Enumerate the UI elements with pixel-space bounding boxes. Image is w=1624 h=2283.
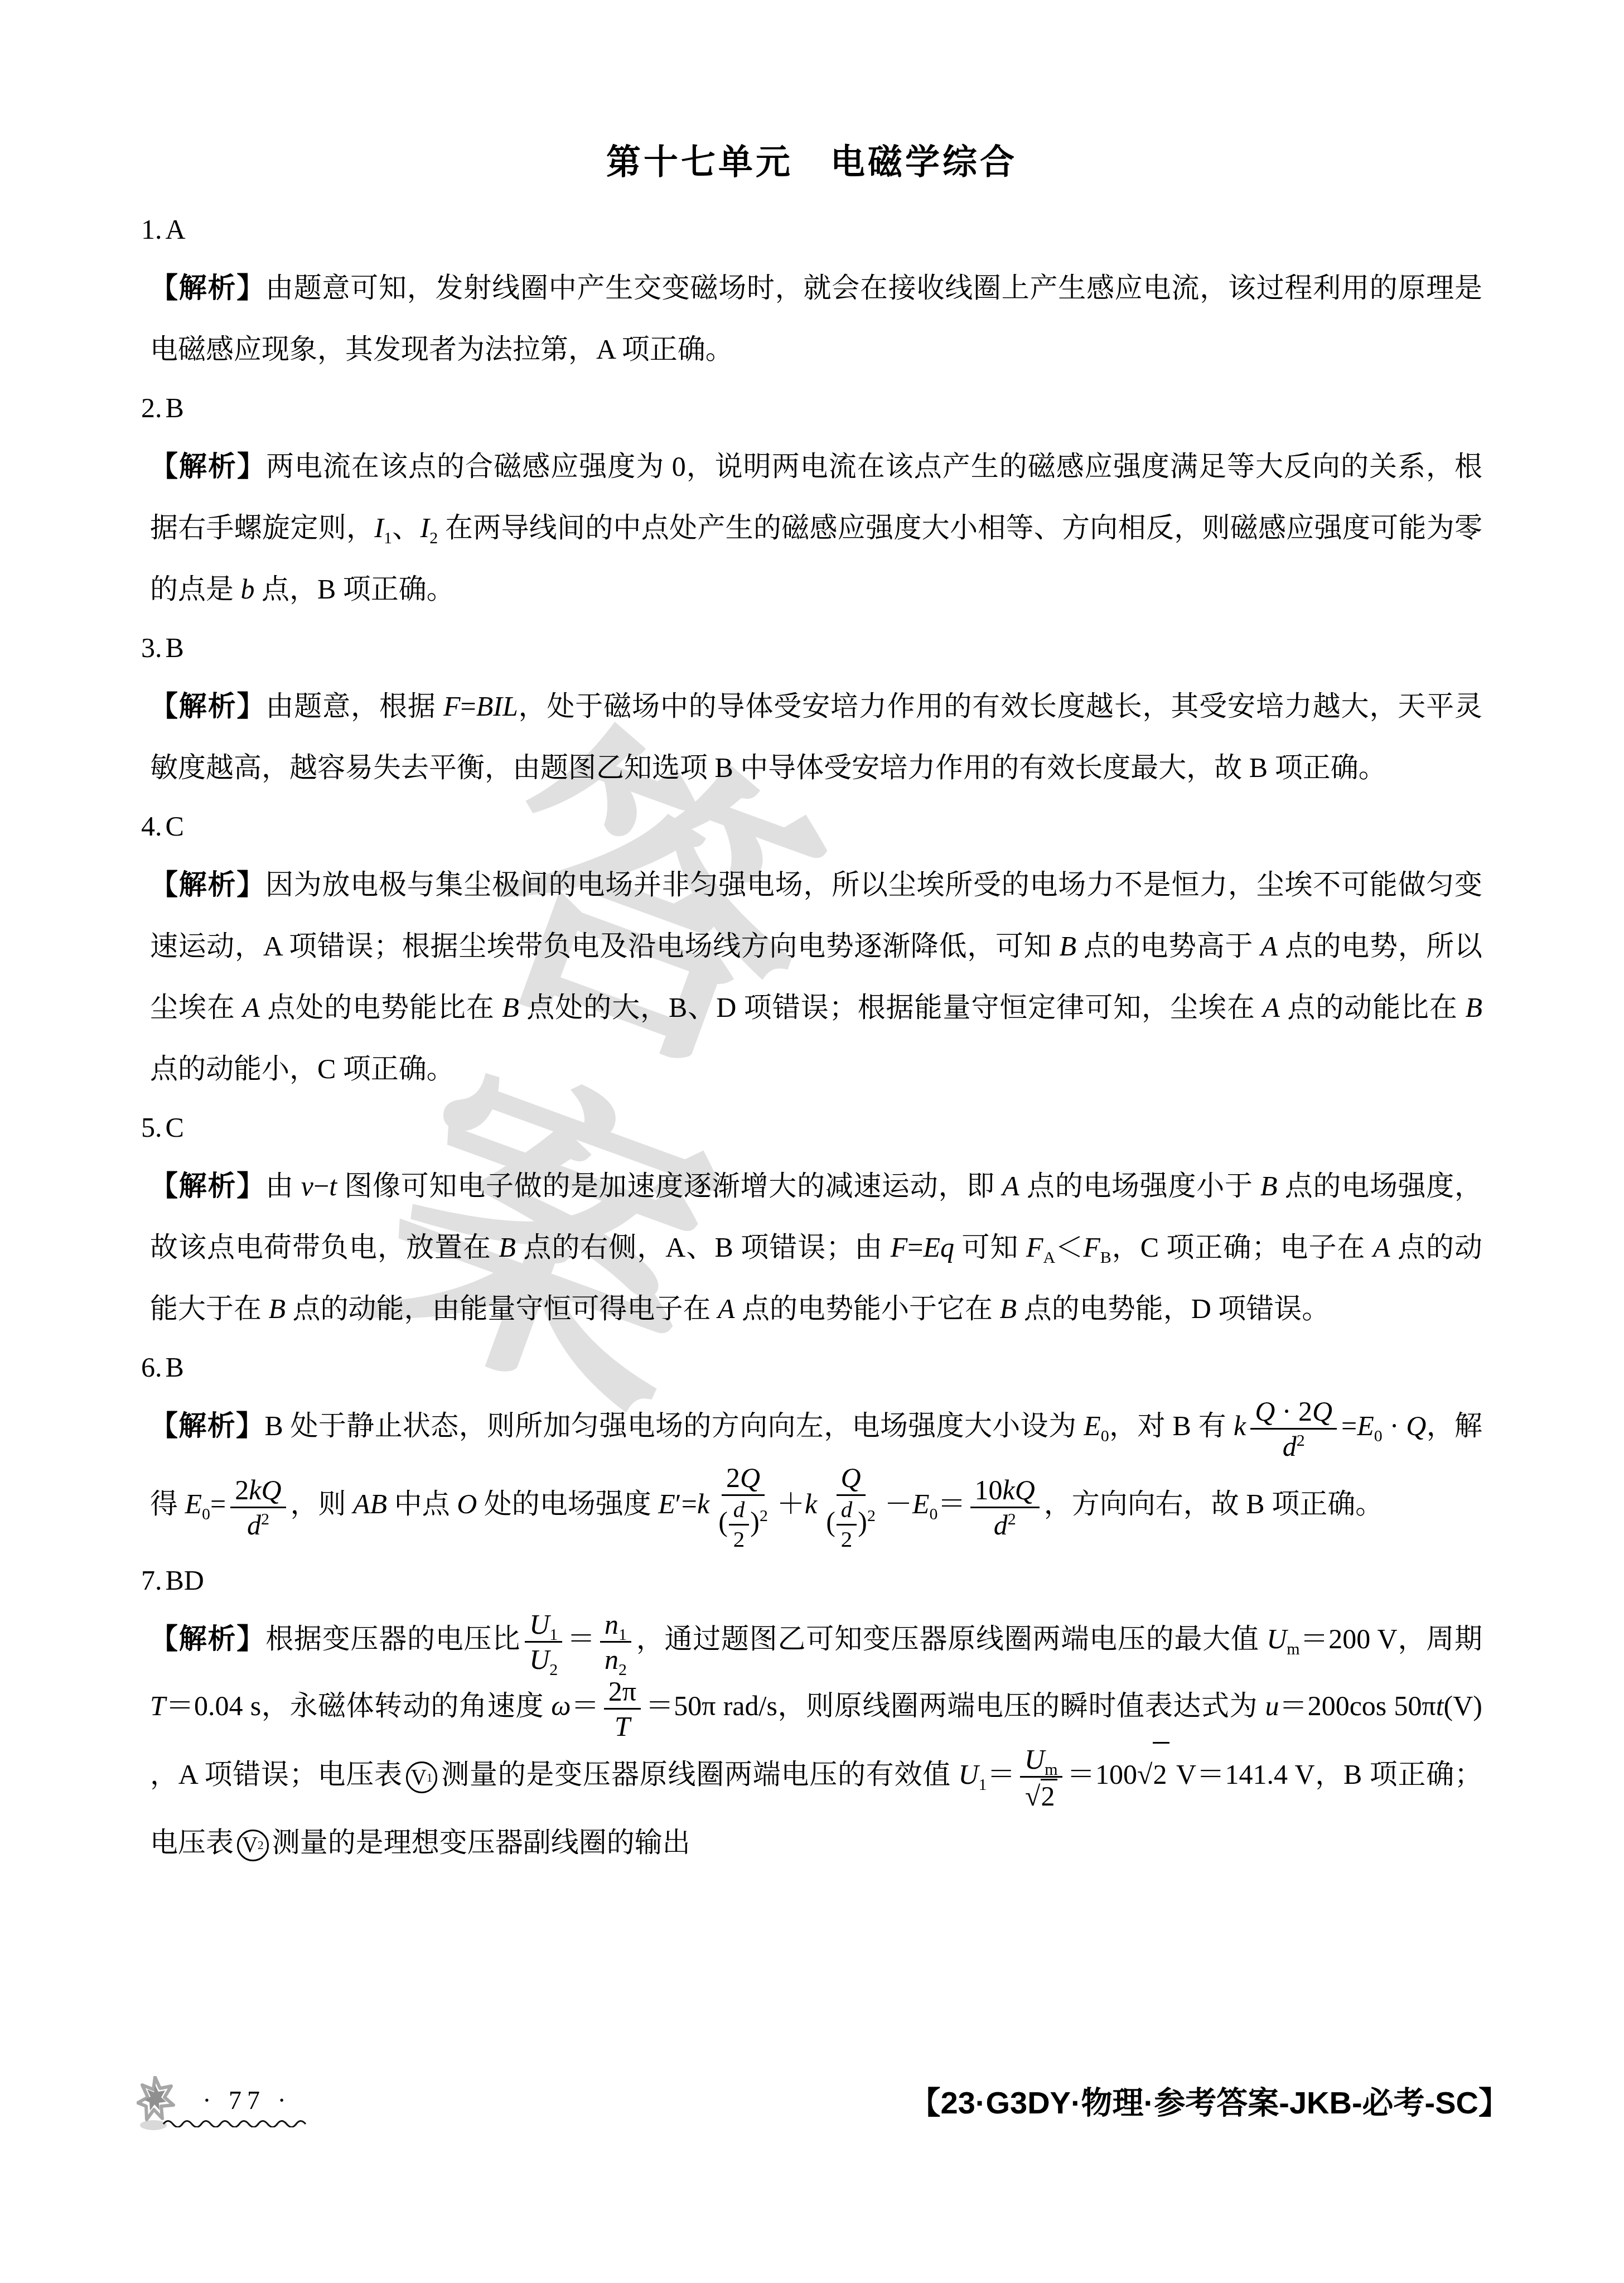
math-variable: I [420,512,429,543]
math-variable: T [150,1690,166,1721]
text-run: 点，B 项正确。 [255,573,455,605]
math-variable: Q [1406,1410,1426,1441]
answer-item: 3.B【解析】由题意，根据 F=BIL，处于磁场中的导体受安培力作用的有效长度越… [141,620,1482,798]
text-run: · 2 [1275,1396,1312,1427]
text-run: ( [826,1506,835,1537]
math-variable: BIL [476,691,518,722]
math-variable: v [301,1170,313,1201]
fraction: 2Q(d2)2 [714,1462,772,1552]
subscript: m [1045,1760,1057,1779]
answer-item: 1.A【解析】由题意可知，发射线圈中产生交变磁场时，就会在接收线圈上产生感应电流… [141,201,1482,380]
math-variable: F [1083,1232,1100,1263]
text-run: ，则 [291,1489,354,1520]
math-variable: k [697,1489,709,1520]
fraction-denominator: 2 [729,1526,750,1552]
text-run: − [313,1170,329,1201]
math-variable: n [605,1644,618,1675]
text-run: 由 [265,1170,301,1201]
text-run: 点处的大，B、D 项错误；根据能量守恒定律可知，尘埃在 [519,992,1263,1023]
fraction-numerator: 2kQ [230,1474,286,1508]
item-number: 1. [141,214,162,245]
math-variable: A [1260,930,1278,962]
math-variable: E [1357,1410,1374,1441]
text-run: ，方向向右，故 B 项正确。 [1044,1489,1383,1520]
math-variable: t [329,1170,337,1201]
text-run: 点的右侧，A、B 项错误；由 [516,1232,891,1263]
math-variable: T [615,1711,630,1742]
fraction: d2 [729,1497,750,1552]
answer-item: 7.BD【解析】根据变压器的电压比U1U2＝n1n2，通过题图乙可知变压器原线圈… [141,1552,1482,1873]
math-variable: I [374,512,384,543]
text-run: 2 [841,1526,853,1552]
footer-left: · 77 · [137,2076,313,2132]
page-number-block: · 77 · [181,2086,313,2127]
subscript: 1 [618,1625,627,1644]
text-run: 点的电势能小于它在 [735,1293,1000,1324]
answer-item: 6.B【解析】B 处于静止状态，则所加匀强电场的方向向左，电场强度大小设为 E0… [141,1339,1482,1552]
math-variable: U [529,1644,549,1675]
text-run: 10 [975,1474,1003,1505]
item-number: 2. [141,392,162,423]
item-answer: C [166,1112,184,1143]
text-run: B 处于静止状态，则所加匀强电场的方向向左，电场强度大小设为 [264,1410,1084,1441]
math-variable: F [443,691,461,722]
fraction-denominator: U2 [525,1643,562,1675]
math-variable: Q [740,1462,760,1493]
superscript: 2 [760,1507,768,1526]
analysis-label: 【解析】 [150,869,265,900]
text-run: ＜ [1055,1232,1083,1263]
subscript: 2 [549,1661,558,1679]
math-variable: B [1059,930,1076,962]
fraction-denominator: T [610,1710,635,1742]
superscript: 2 [261,1510,269,1528]
text-run: · [1383,1410,1406,1441]
math-variable: B [1465,992,1482,1023]
analysis-label: 【解析】 [150,1623,265,1654]
math-variable: B [1000,1293,1017,1324]
answer-item: 5.C【解析】由 v−t 图像可知电子做的是加速度逐渐增大的减速运动，即 A 点… [141,1099,1482,1339]
item-answer: B [166,632,184,663]
fraction-denominator: √2 [1021,1778,1061,1812]
math-variable: AB [353,1489,387,1520]
text-run: 由题意可知，发射线圈中产生交变磁场时，就会在接收线圈上产生感应电流，该过程利用的… [150,272,1482,365]
text-run: 测量的是理想变压器副线圈的输出 [272,1827,690,1858]
fraction-numerator: Um [1020,1744,1062,1778]
math-variable: B [502,992,519,1023]
subscript: A [1043,1248,1056,1267]
text-run: ＝0.04 s，永磁体转动的角速度 [166,1690,551,1721]
item-answer-line: 1.A [141,201,1482,257]
fraction: Q · 2Qd2 [1250,1396,1337,1462]
text-run: ，对 B 有 [1109,1410,1234,1441]
explanation-paragraph: 【解析】根据变压器的电压比U1U2＝n1n2，通过题图乙可知变压器原线圈两端电压… [150,1608,1482,1873]
math-variable: t [1436,1690,1444,1721]
text-run: 可知 [954,1232,1026,1263]
math-variable: E [1084,1410,1101,1441]
math-variable: A [243,992,260,1023]
text-run: ＝ [938,1489,966,1520]
text-run: ，通过题图乙可知变压器原线圈两端电压的最大值 [636,1623,1267,1654]
item-answer-line: 3.B [141,620,1482,675]
item-number: 3. [141,632,162,663]
text-run: ＝ [567,1623,596,1654]
explanation-paragraph: 【解析】由题意，根据 F=BIL，处于磁场中的导体受安培力作用的有效长度越长，其… [150,675,1482,798]
explanation-paragraph: 【解析】因为放电极与集尘极间的电场并非匀强电场，所以尘埃所受的电场力不是恒力，尘… [150,854,1482,1099]
text-run: ＝200cos 50π [1279,1690,1435,1721]
text-run: 、 [392,512,420,543]
fraction-numerator: 10kQ [970,1474,1040,1508]
text-run: ) [750,1506,760,1537]
answer-list: 1.A【解析】由题意可知，发射线圈中产生交变磁场时，就会在接收线圈上产生感应电流… [141,201,1482,1872]
text-run: 点的动能小，C 项正确。 [150,1053,455,1084]
math-variable: U [1024,1744,1045,1775]
math-variable: B [499,1232,516,1263]
voltmeter-icon: V1 [406,1761,438,1793]
math-variable: kQ [1003,1474,1035,1505]
edition-label: 【23·G3DY·物理·参考答案-JKB-必考-SC】 [910,2084,1510,2121]
text-run: 点的动能，由能量守恒可得电子在 [286,1293,718,1324]
math-variable: B [269,1293,286,1324]
text-run: 点处的电势能比在 [260,992,502,1023]
text-run: 根据变压器的电压比 [265,1623,520,1654]
explanation-paragraph: 【解析】由题意可知，发射线圈中产生交变磁场时，就会在接收线圈上产生感应电流，该过… [150,257,1482,380]
answer-key-page: 第十七单元 电磁学综合 1.A【解析】由题意可知，发射线圈中产生交变磁场时，就会… [141,143,1482,1873]
subscript: 1 [384,529,392,547]
subscript: 2 [429,529,438,547]
math-variable: E [912,1489,930,1520]
voltmeter-icon: V2 [237,1830,269,1861]
subscript: 0 [930,1505,938,1524]
fraction-numerator: d [729,1497,750,1526]
text-run: 2 [726,1462,740,1493]
text-run: = [210,1489,226,1520]
item-answer-line: 2.B [141,380,1482,436]
math-variable: O [457,1489,477,1520]
fraction-denominator: d2 [243,1508,274,1541]
item-answer: B [166,1352,184,1383]
math-variable: U [1267,1623,1287,1654]
item-answer-line: 4.C [141,798,1482,854]
fraction-denominator: n2 [600,1643,631,1675]
fraction-numerator: Q [837,1462,866,1496]
item-answer-line: 5.C [141,1099,1482,1155]
text-run: ＝ [987,1759,1016,1790]
math-variable: Q [841,1462,861,1493]
text-run: ＋ [777,1489,805,1520]
analysis-label: 【解析】 [150,1170,265,1201]
superscript: 2 [1008,1510,1016,1528]
wavy-underline [162,2118,313,2127]
text-run: 测量的是变压器原线圈两端电压的有效值 [441,1759,958,1790]
explanation-paragraph: 【解析】两电流在该点的合磁感应强度为 0，说明两电流在该点产生的磁感应强度满足等… [150,436,1482,620]
text-run: 中点 [387,1489,457,1520]
math-variable: A [718,1293,735,1324]
fraction-denominator: (d2)2 [821,1496,880,1552]
math-variable: Q [1255,1396,1275,1427]
item-number: 4. [141,810,162,842]
subscript: m [1287,1640,1299,1658]
analysis-label: 【解析】 [150,691,265,722]
text-run: 2π [608,1676,636,1707]
superscript: 2 [1297,1432,1305,1450]
text-run: ＝ [571,1690,600,1721]
math-variable: F [891,1232,908,1263]
math-variable: k [805,1489,817,1520]
fraction: U1U2 [525,1609,562,1675]
text-run: ，C 项正确；电子在 [1111,1232,1373,1263]
fraction-numerator: U1 [525,1609,562,1643]
math-variable: ω [551,1690,571,1721]
text-run: 点的电场强度小于 [1019,1170,1260,1201]
fraction: n1n2 [600,1609,631,1675]
text-run: 点的动能比在 [1280,992,1466,1023]
math-variable: u [1265,1690,1279,1721]
text-run: 2 [235,1474,249,1505]
fraction: 2πT [604,1676,641,1742]
fraction: 2kQd2 [230,1474,286,1541]
item-number: 6. [141,1352,162,1383]
text-run: 处的电场强度 [477,1489,658,1520]
answer-item: 4.C【解析】因为放电极与集尘极间的电场并非匀强电场，所以尘埃所受的电场力不是恒… [141,798,1482,1099]
text-run: 2 [733,1526,745,1552]
text-run: = [907,1232,923,1263]
subscript: 0 [1101,1427,1109,1445]
math-variable: Eq [923,1232,954,1263]
fraction-numerator: d [837,1497,857,1526]
math-variable: kQ [249,1474,281,1505]
text-run: ( [718,1506,728,1537]
fraction-numerator: 2Q [722,1462,765,1496]
item-answer: A [166,214,186,245]
subscript: 1 [549,1625,558,1644]
square-root: √2 [1137,1742,1169,1805]
math-variable: U [529,1609,549,1640]
page-number: · 77 · [202,2086,292,2115]
page-title: 第十七单元 电磁学综合 [141,143,1482,182]
math-variable: d [841,1497,853,1522]
text-run: ＝100 [1067,1759,1138,1790]
text-run: ) [858,1506,867,1537]
fraction-numerator: Q · 2Q [1250,1396,1337,1430]
item-answer: B [166,392,184,423]
math-variable: A [1373,1232,1390,1263]
item-answer: BD [166,1565,204,1596]
explanation-paragraph: 【解析】由 v−t 图像可知电子做的是加速度逐渐增大的减速运动，即 A 点的电场… [150,1155,1482,1339]
subscript: B [1100,1248,1111,1267]
explanation-paragraph: 【解析】B 处于静止状态，则所加匀强电场的方向向左，电场强度大小设为 E0，对 … [150,1395,1482,1552]
math-variable: Q [1312,1396,1332,1427]
math-variable: d [1283,1431,1297,1462]
analysis-label: 【解析】 [150,451,266,482]
math-variable: E [185,1489,202,1520]
text-run: ＝50π rad/s，则原线圈两端电压的瞬时值表达式为 [645,1690,1265,1721]
item-number: 5. [141,1112,162,1143]
text-run: 图像可知电子做的是加速度逐渐增大的减速运动，即 [337,1170,1002,1201]
fraction-denominator: (d2)2 [714,1496,772,1552]
subscript: 0 [1374,1427,1383,1445]
item-answer-line: 6.B [141,1339,1482,1395]
math-variable: B [1260,1170,1278,1201]
item-number: 7. [141,1565,162,1596]
text-run: ′= [675,1489,697,1520]
fraction: d2 [837,1497,857,1552]
fraction-numerator: n1 [600,1609,631,1643]
fraction: 10kQd2 [970,1474,1040,1541]
text-run: ＝200 V，周期 [1300,1623,1482,1654]
text-run: 由题意，根据 [265,691,443,722]
text-run: = [461,691,476,722]
superscript: 2 [867,1507,876,1526]
square-root: √2 [1025,1779,1057,1812]
text-run: － [884,1489,912,1520]
fraction-numerator: 2π [604,1676,641,1710]
fraction: Q(d2)2 [821,1462,880,1552]
math-variable: U [958,1759,978,1790]
item-answer-line: 7.BD [141,1552,1482,1608]
fraction-denominator: 2 [837,1526,857,1552]
math-variable: b [241,573,255,605]
math-variable: F [1026,1232,1043,1263]
analysis-label: 【解析】 [150,1410,264,1441]
math-variable: d [994,1509,1008,1541]
fraction-denominator: d2 [989,1508,1021,1541]
math-variable: n [605,1609,618,1640]
subscript: 0 [202,1505,210,1524]
text-run: = [1341,1410,1357,1441]
math-variable: d [247,1509,261,1541]
math-variable: E [658,1489,675,1520]
page-footer: · 77 · 【23·G3DY·物理·参考答案-JKB-必考-SC】 [137,2076,1510,2132]
text-run: 点的电势能，D 项错误。 [1017,1293,1330,1324]
fraction: Um√2 [1020,1744,1062,1812]
math-variable: A [1263,992,1280,1023]
math-variable: d [733,1497,745,1522]
math-variable: k [1234,1410,1246,1441]
item-answer: C [166,810,184,842]
fraction-denominator: d2 [1278,1430,1309,1462]
math-variable: A [1002,1170,1019,1201]
answer-item: 2.B【解析】两电流在该点的合磁感应强度为 0，说明两电流在该点产生的磁感应强度… [141,380,1482,620]
text-run: 点的电势高于 [1076,930,1260,962]
subscript: 1 [979,1775,987,1794]
analysis-label: 【解析】 [150,272,265,303]
